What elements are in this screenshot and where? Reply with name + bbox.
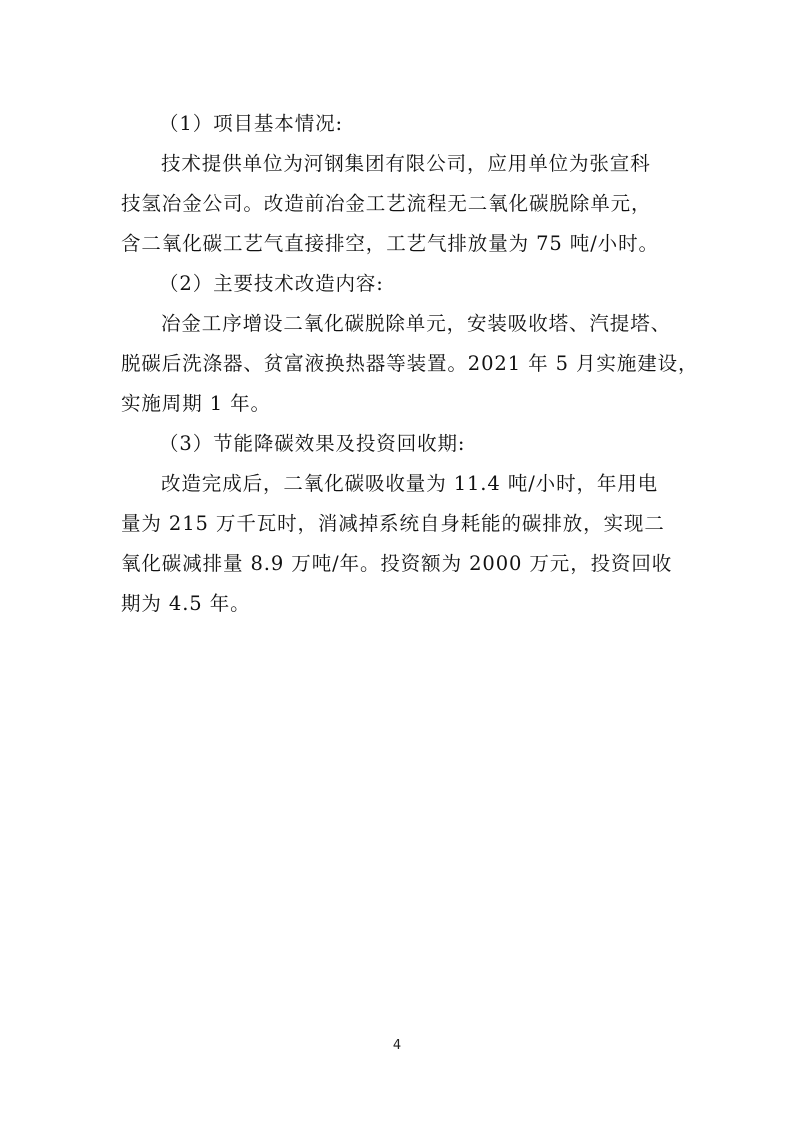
paragraph-line: 量为 215 万千瓦时，消减掉系统自身耗能的碳排放，实现二 [121,504,665,544]
paragraph-line: 技氢冶金公司。改造前冶金工艺流程无二氧化碳脱除单元， [121,184,651,224]
section-heading-3: （3）节能降碳效果及投资回收期: [159,424,465,464]
paragraph-line: 改造完成后，二氧化碳吸收量为 11.4 吨/小时，年用电 [161,464,658,504]
paragraph-line: 脱碳后洗涤器、贫富液换热器等装置。2021 年 5 月实施建设， [121,344,698,384]
paragraph-line: 技术提供单位为河钢集团有限公司，应用单位为张宣科 [161,144,651,184]
section-heading-2: （2）主要技术改造内容: [159,264,384,304]
paragraph-line: 实施周期 1 年。 [121,384,271,424]
paragraph-line: 冶金工序增设二氧化碳脱除单元，安装吸收塔、汽提塔、 [161,304,671,344]
paragraph-line: 氧化碳减排量 8.9 万吨/年。投资额为 2000 万元，投资回收 [121,544,672,584]
paragraph-line: 期为 4.5 年。 [121,584,251,624]
paragraph-line: 含二氧化碳工艺气直接排空，工艺气排放量为 75 吨/小时。 [121,224,659,264]
page-number: 4 [0,1038,794,1053]
section-heading-1: （1）项目基本情况: [159,104,343,144]
